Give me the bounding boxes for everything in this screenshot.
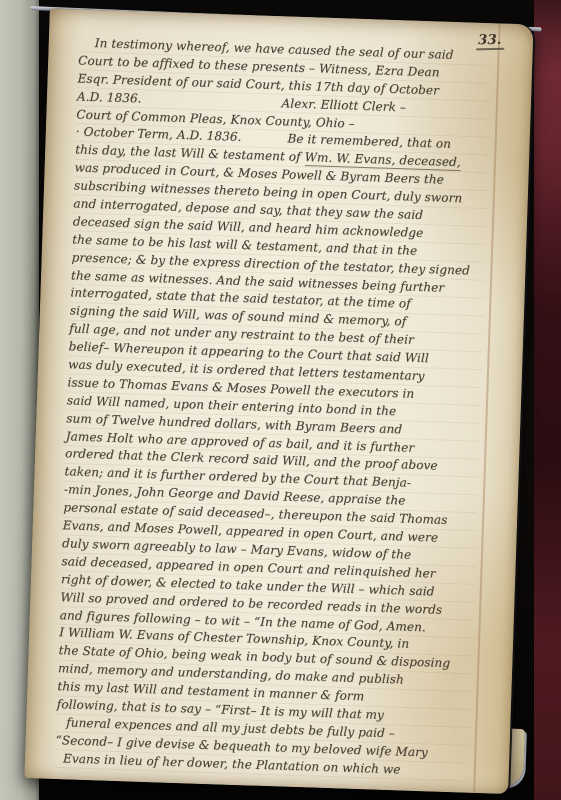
book-cover-spine [534,0,561,800]
line-text: Alexr. Elliott Clerk – [281,96,406,114]
line-gap [241,140,287,143]
line-text: Be it remembered, that on [287,132,451,151]
line-gap [141,101,281,107]
book-scan-photo: 33. In testimony whereof, we have caused… [0,0,561,800]
manuscript-text: In testimony whereof, we have caused the… [55,34,493,784]
line-text: · October Term, A.D. 1836. [76,125,242,144]
line-text: A.D. 1836. [77,89,142,105]
ledger-page: 33. In testimony whereof, we have caused… [24,8,533,794]
